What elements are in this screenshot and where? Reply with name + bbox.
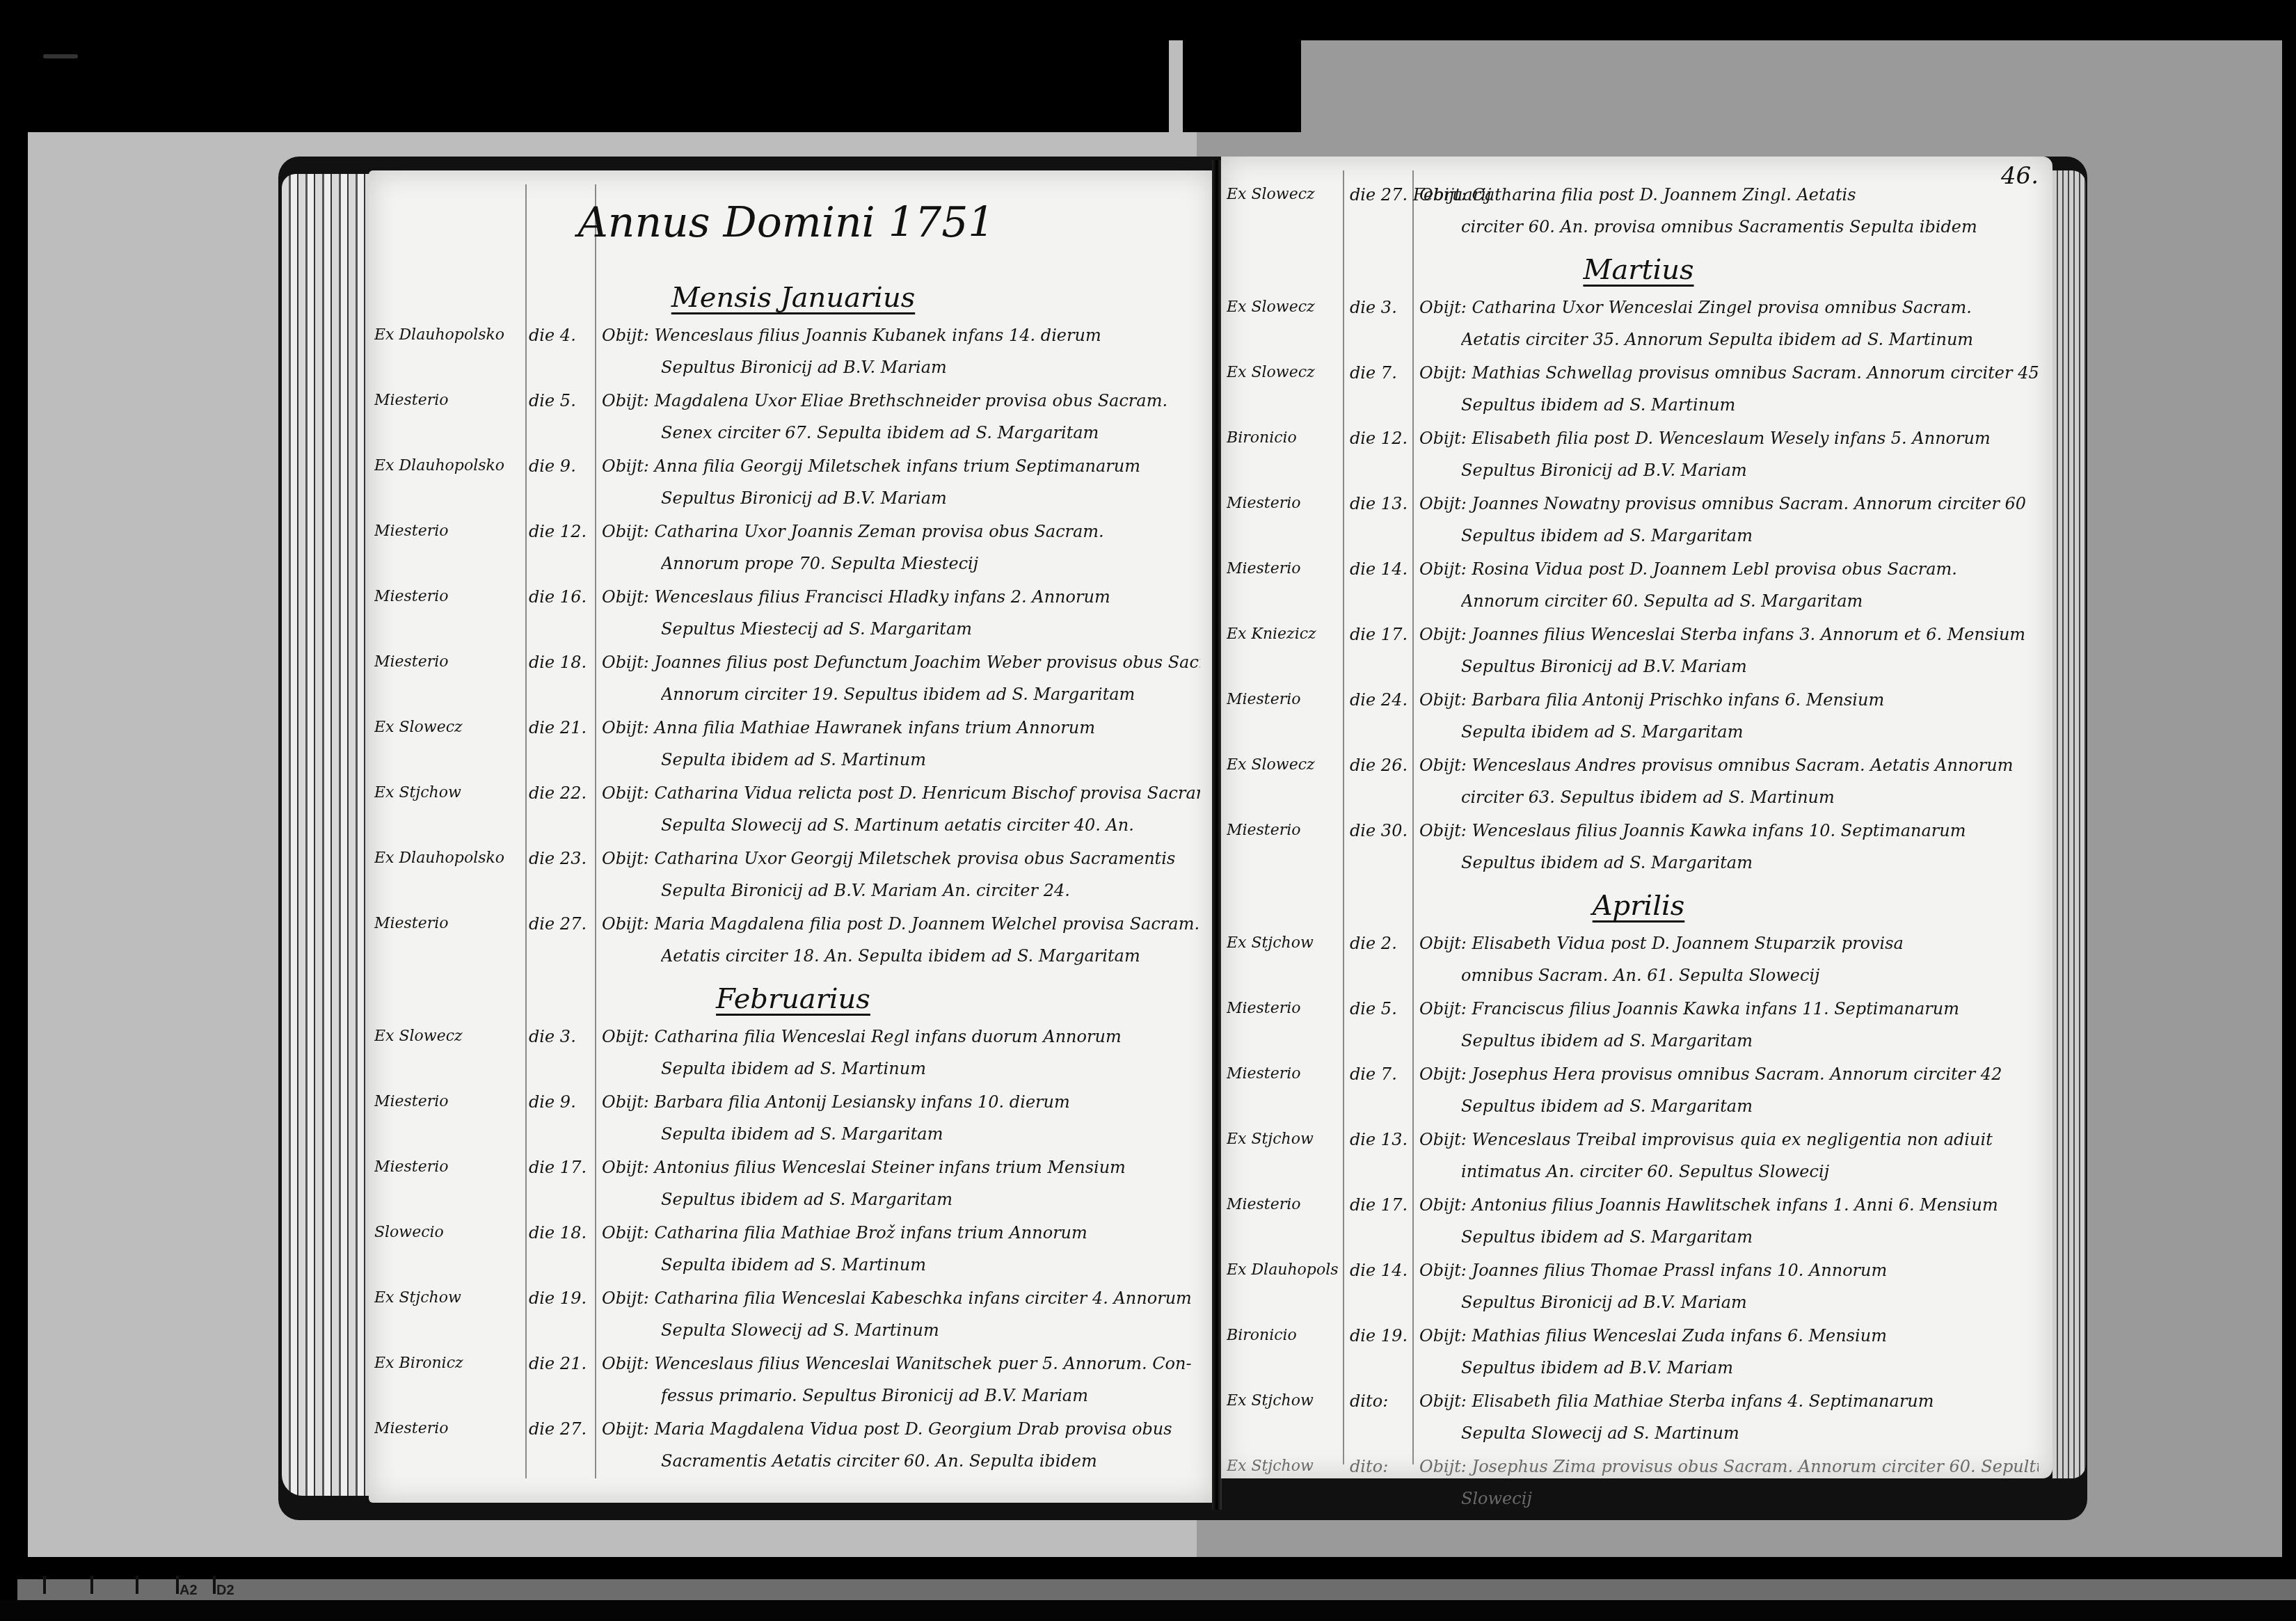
entry-place: Ex Slowecz <box>1227 362 1338 383</box>
entry-text-continuation: Sepulta Bironicij ad B.V. Mariam An. cir… <box>661 880 1204 901</box>
entry-place: Ex Slowecz <box>1227 184 1338 205</box>
entry-text-continuation: Sepultus Bironicij ad B.V. Mariam <box>661 357 1204 378</box>
entry-date: die 21. <box>529 717 598 738</box>
entry-text-line: Obijt: Mathias filius Wenceslai Zuda inf… <box>1419 1325 2039 1346</box>
entry-place: Ex Dlauhopolsko <box>374 456 513 477</box>
entry-text-continuation: Sepultus ibidem ad S. Martinum <box>1461 394 2039 415</box>
entry-place: Ex Bironicz <box>374 1353 513 1374</box>
scanner-shadow-top <box>28 0 1169 132</box>
entry-place: Ex Kniezicz <box>1227 624 1338 645</box>
entry-text-line: Obijt: Catharina filia Mathiae Brož infa… <box>602 1222 1200 1243</box>
entry-text-line: Obijt: Elisabeth filia post D. Wenceslau… <box>1419 428 2039 449</box>
entry-text-line: Obijt: Anna filia Mathiae Hawranek infan… <box>602 717 1200 738</box>
entry-date: die 24. <box>1350 689 1419 710</box>
entry-date: die 27. <box>529 913 598 934</box>
entry-text-line: Obijt: Joannes Nowatny provisus omnibus … <box>1419 493 2039 514</box>
entry-date: die 16. <box>529 586 598 607</box>
entry-date: die 23. <box>529 848 598 869</box>
register-entry: Miesteriodie 30.Obijt: Wenceslaus filius… <box>1221 820 2052 884</box>
entry-text-line: Obijt: Joannes filius post Defunctum Joa… <box>602 652 1200 673</box>
month-heading: Februarius <box>619 983 967 1015</box>
entry-place: Ex Slowecz <box>374 717 513 738</box>
entry-place: Ex Dlauhopolsko <box>374 325 513 346</box>
month-heading: Martius <box>1465 254 1812 286</box>
entry-text-line: Obijt: Wenceslaus filius Joannis Kubanek… <box>602 325 1200 346</box>
entry-date: die 27. Februarij <box>1350 184 1419 205</box>
register-entry: Ex Sloweczdie 7.Obijt: Mathias Schwellag… <box>1221 362 2052 426</box>
entry-place: Miesterio <box>374 1157 513 1178</box>
entry-date: die 13. <box>1350 493 1419 514</box>
entry-text-line: Obijt: Anna filia Georgij Miletschek inf… <box>602 456 1200 477</box>
left-page: Annus Domini 1751 Mensis JanuariusEx Dla… <box>369 170 1214 1503</box>
entry-text-continuation: Sepultus Bironicij ad B.V. Mariam <box>1461 460 2039 481</box>
entry-text-line: Obijt: Elisabeth filia Mathiae Sterba in… <box>1419 1391 2039 1412</box>
register-entry: Miesteriodie 9.Obijt: Barbara filia Anto… <box>369 1092 1214 1156</box>
entry-text-continuation: Sepulta ibidem ad S. Margaritam <box>661 1124 1204 1144</box>
entry-text-continuation: Sepulta ibidem ad S. Martinum <box>661 1254 1204 1275</box>
register-entry: Miesteriodie 12.Obijt: Catharina Uxor Jo… <box>369 521 1214 585</box>
register-entry: Miesteriodie 14.Obijt: Rosina Vidua post… <box>1221 559 2052 623</box>
entry-text-continuation: Aetatis circiter 35. Annorum Sepulta ibi… <box>1461 329 2039 350</box>
entry-text-continuation: Sepulta Slowecij ad S. Martinum <box>661 1320 1204 1341</box>
entry-text-continuation: Sepultus ibidem ad S. Margaritam <box>1461 852 2039 873</box>
entry-text-line: Obijt: Josephus Zima provisus obus Sacra… <box>1419 1456 2039 1477</box>
entry-place: Miesterio <box>374 521 513 542</box>
film-corner-mark <box>43 54 78 58</box>
entry-text-line: Obijt: Wenceslaus filius Wenceslai Wanit… <box>602 1353 1200 1374</box>
register-entry: Ex Bironiczdie 21.Obijt: Wenceslaus fili… <box>369 1353 1214 1417</box>
entry-date: die 14. <box>1350 559 1419 580</box>
entry-place: Miesterio <box>1227 559 1338 580</box>
entry-text-line: Obijt: Catharina Uxor Wenceslai Zingel p… <box>1419 297 2039 318</box>
register-entry: Ex Sloweczdie 21.Obijt: Anna filia Mathi… <box>369 717 1214 781</box>
entry-place: Miesterio <box>374 586 513 607</box>
entry-date: die 27. <box>529 1419 598 1439</box>
entry-date: die 18. <box>529 1222 598 1243</box>
entry-date: die 21. <box>529 1353 598 1374</box>
entry-text-continuation: Sepultus Miestecij ad S. Margaritam <box>661 618 1204 639</box>
entry-text-continuation: Senex circiter 67. Sepulta ibidem ad S. … <box>661 422 1204 443</box>
month-heading: Mensis Januarius <box>619 282 967 314</box>
register-entry: Ex Sloweczdie 3.Obijt: Catharina filia W… <box>369 1026 1214 1090</box>
entry-text-continuation: circiter 63. Sepultus ibidem ad S. Marti… <box>1461 787 2039 808</box>
entry-date: die 19. <box>1350 1325 1419 1346</box>
register-entry: Miesteriodie 27.Obijt: Maria Magdalena f… <box>369 913 1214 977</box>
entry-date: die 30. <box>1350 820 1419 841</box>
entry-place: Ex Stjchow <box>374 783 513 804</box>
register-entry: Miesteriodie 27.Obijt: Maria Magdalena V… <box>369 1419 1214 1483</box>
entry-date: die 19. <box>529 1288 598 1309</box>
entry-text-continuation: Sacramentis Aetatis circiter 60. An. Sep… <box>661 1451 1204 1471</box>
register-entry: Ex Dlauhopolskodie 14.Obijt: Joannes fil… <box>1221 1260 2052 1324</box>
entry-text-continuation: omnibus Sacram. An. 61. Sepulta Slowecij <box>1461 965 2039 986</box>
entry-place: Miesterio <box>374 1092 513 1112</box>
entry-place: Miesterio <box>1227 820 1338 841</box>
register-entry: Bironiciodie 12.Obijt: Elisabeth filia p… <box>1221 428 2052 492</box>
register-entry: Miesteriodie 7.Obijt: Josephus Hera prov… <box>1221 1064 2052 1128</box>
entry-date: die 4. <box>529 325 598 346</box>
entry-date: die 9. <box>529 456 598 477</box>
film-tick <box>176 1576 179 1594</box>
entry-text-line: Obijt: Mathias Schwellag provisus omnibu… <box>1419 362 2039 383</box>
register-entry: Bironiciodie 19.Obijt: Mathias filius We… <box>1221 1325 2052 1389</box>
entry-text-line: Obijt: Joannes filius Wenceslai Sterba i… <box>1419 624 2039 645</box>
entry-place: Ex Stjchow <box>1227 933 1338 954</box>
entry-text-continuation: Sepultus Bironicij ad B.V. Mariam <box>1461 1292 2039 1313</box>
entry-text-line: Obijt: Elisabeth Vidua post D. Joannem S… <box>1419 933 2039 954</box>
entry-text-continuation: Sepultus ibidem ad S. Margaritam <box>1461 1227 2039 1247</box>
entry-date: die 2. <box>1350 933 1419 954</box>
entry-text-line: Obijt: Wenceslaus Treibal improvisus qui… <box>1419 1129 2039 1150</box>
film-edge <box>0 1600 2296 1621</box>
register-entry: Miesteriodie 13.Obijt: Joannes Nowatny p… <box>1221 493 2052 557</box>
register-entry: Ex Stjchowdie 13.Obijt: Wenceslaus Treib… <box>1221 1129 2052 1193</box>
month-heading: Aprilis <box>1465 890 1812 922</box>
entry-text-line: Obijt: Franciscus filius Joannis Kawka i… <box>1419 998 2039 1019</box>
entry-date: die 3. <box>529 1026 598 1047</box>
film-tick <box>43 1576 46 1594</box>
film-strip <box>17 1579 2296 1600</box>
entry-text-line: Obijt: Josephus Hera provisus omnibus Sa… <box>1419 1064 2039 1085</box>
entry-text-line: Obijt: Wenceslaus Andres provisus omnibu… <box>1419 755 2039 776</box>
register-entry: Ex Stjchowdito:Obijt: Josephus Zima prov… <box>1221 1456 2052 1520</box>
entry-text-line: Obijt: Maria Magdalena Vidua post D. Geo… <box>602 1419 1200 1439</box>
entry-date: die 22. <box>529 783 598 804</box>
register-entry: Miesteriodie 17.Obijt: Antonius filius J… <box>1221 1195 2052 1259</box>
register-entry: Ex Sloweczdie 27. FebruarijObijt: Cathar… <box>1221 184 2052 248</box>
entry-place: Ex Slowecz <box>1227 297 1338 318</box>
register-entry: Miesteriodie 5.Obijt: Franciscus filius … <box>1221 998 2052 1062</box>
entry-text-continuation: circiter 60. An. provisa omnibus Sacrame… <box>1461 216 2039 237</box>
entry-text-line: Obijt: Catharina filia Wenceslai Regl in… <box>602 1026 1200 1047</box>
book-gutter <box>1212 160 1222 1510</box>
entry-place: Ex Stjchow <box>374 1288 513 1309</box>
register-entry: Miesteriodie 16.Obijt: Wenceslaus filius… <box>369 586 1214 650</box>
register-entry: Sloweciodie 18.Obijt: Catharina filia Ma… <box>369 1222 1214 1286</box>
entry-date: die 7. <box>1350 362 1419 383</box>
register-entry: Ex Knieziczdie 17.Obijt: Joannes filius … <box>1221 624 2052 688</box>
entry-text-line: Obijt: Magdalena Uxor Eliae Brethschneid… <box>602 390 1200 411</box>
film-label-d2: D2 <box>216 1583 234 1599</box>
entry-text-continuation: Sepulta ibidem ad S. Martinum <box>661 1058 1204 1079</box>
entry-text-continuation: Annorum circiter 60. Sepulta ad S. Marga… <box>1461 591 2039 612</box>
entry-text-continuation: Sepultus Bironicij ad B.V. Mariam <box>1461 656 2039 677</box>
entry-date: dito: <box>1350 1391 1419 1412</box>
entry-text-line: Obijt: Rosina Vidua post D. Joannem Lebl… <box>1419 559 2039 580</box>
entry-date: die 13. <box>1350 1129 1419 1150</box>
entry-place: Miesterio <box>374 1419 513 1439</box>
entry-place: Ex Stjchow <box>1227 1391 1338 1412</box>
entry-place: Ex Slowecz <box>1227 755 1338 776</box>
entry-date: die 3. <box>1350 297 1419 318</box>
entry-place: Ex Stjchow <box>1227 1456 1338 1477</box>
entry-place: Ex Slowecz <box>374 1026 513 1047</box>
entry-text-line: Obijt: Barbara filia Antonij Prischko in… <box>1419 689 2039 710</box>
entry-text-continuation: Sepulta Slowecij ad S. Martinum <box>1461 1423 2039 1444</box>
entry-text-continuation: Sepulta ibidem ad S. Martinum <box>661 749 1204 770</box>
entry-text-continuation: Sepultus ibidem ad B.V. Mariam <box>1461 1357 2039 1378</box>
entry-place: Miesterio <box>1227 1195 1338 1215</box>
entry-place: Miesterio <box>1227 689 1338 710</box>
entry-text-continuation: Sepultus Bironicij ad B.V. Mariam <box>661 488 1204 509</box>
entry-text-line: Obijt: Catharina Uxor Georgij Miletschek… <box>602 848 1200 869</box>
entry-text-line: Obijt: Maria Magdalena filia post D. Joa… <box>602 913 1200 934</box>
entry-date: die 17. <box>1350 1195 1419 1215</box>
entry-place: Miesterio <box>374 390 513 411</box>
entry-date: die 17. <box>1350 624 1419 645</box>
film-tick <box>136 1576 138 1594</box>
register-entry: Miesteriodie 17.Obijt: Antonius filius W… <box>369 1157 1214 1221</box>
register-entry: Ex Stjchowdie 2.Obijt: Elisabeth Vidua p… <box>1221 933 2052 997</box>
register-entry: Ex Stjchowdie 19.Obijt: Catharina filia … <box>369 1288 1214 1352</box>
entry-text-continuation: Slowecij <box>1461 1488 2039 1509</box>
entry-place: Slowecio <box>374 1222 513 1243</box>
film-label-a2: A2 <box>180 1583 198 1599</box>
entry-place: Ex Dlauhopolsko <box>374 848 513 869</box>
entry-text-continuation: Sepulta Slowecij ad S. Martinum aetatis … <box>661 815 1204 836</box>
register-entry: Miesteriodie 24.Obijt: Barbara filia Ant… <box>1221 689 2052 753</box>
register-entry: Ex Dlauhopolskodie 23.Obijt: Catharina U… <box>369 848 1214 912</box>
entry-place: Miesterio <box>374 913 513 934</box>
entry-place: Miesterio <box>1227 1064 1338 1085</box>
film-tick <box>213 1576 216 1594</box>
entry-text-line: Obijt: Catharina filia Wenceslai Kabesch… <box>602 1288 1200 1309</box>
entry-date: die 7. <box>1350 1064 1419 1085</box>
entry-text-line: Obijt: Antonius filius Joannis Hawlitsch… <box>1419 1195 2039 1215</box>
right-page: 46. Ex Sloweczdie 27. FebruarijObijt: Ca… <box>1221 157 2052 1478</box>
entry-date: die 18. <box>529 652 598 673</box>
entry-text-continuation: Sepultus ibidem ad S. Margaritam <box>1461 525 2039 546</box>
entry-date: die 12. <box>529 521 598 542</box>
entry-text-continuation: Sepultus ibidem ad S. Margaritam <box>1461 1096 2039 1117</box>
entry-text-continuation: Sepultus ibidem ad S. Margaritam <box>661 1189 1204 1210</box>
register-entry: Miesteriodie 5.Obijt: Magdalena Uxor Eli… <box>369 390 1214 454</box>
entry-date: dito: <box>1350 1456 1419 1477</box>
entry-text-line: Obijt: Wenceslaus filius Joannis Kawka i… <box>1419 820 2039 841</box>
entry-place: Ex Stjchow <box>1227 1129 1338 1150</box>
register-entry: Ex Dlauhopolskodie 4.Obijt: Wenceslaus f… <box>369 325 1214 389</box>
entry-place: Miesterio <box>1227 998 1338 1019</box>
entry-date: die 12. <box>1350 428 1419 449</box>
entry-date: die 5. <box>529 390 598 411</box>
entry-text-line: Obijt: Catharina Uxor Joannis Zeman prov… <box>602 521 1200 542</box>
register-entry: Ex Dlauhopolskodie 9.Obijt: Anna filia G… <box>369 456 1214 520</box>
year-title: Annus Domini 1751 <box>543 198 1030 247</box>
entry-text-line: Obijt: Catharina filia post D. Joannem Z… <box>1419 184 2039 205</box>
entry-text-line: Obijt: Catharina Vidua relicta post D. H… <box>602 783 1200 804</box>
entry-text-line: Obijt: Joannes filius Thomae Prassl infa… <box>1419 1260 2039 1281</box>
entry-place: Bironicio <box>1227 1325 1338 1346</box>
register-entry: Ex Sloweczdie 3.Obijt: Catharina Uxor We… <box>1221 297 2052 361</box>
entry-text-continuation: Sepultus ibidem ad S. Margaritam <box>1461 1030 2039 1051</box>
entry-text-continuation: Annorum prope 70. Sepulta Miestecij <box>661 553 1204 574</box>
entry-place: Miesterio <box>374 652 513 673</box>
entry-text-continuation: Annorum circiter 19. Sepultus ibidem ad … <box>661 684 1204 705</box>
register-entry: Ex Sloweczdie 26.Obijt: Wenceslaus Andre… <box>1221 755 2052 819</box>
entry-date: die 17. <box>529 1157 598 1178</box>
entry-text-line: Obijt: Barbara filia Antonij Lesiansky i… <box>602 1092 1200 1112</box>
film-tick <box>90 1576 93 1594</box>
entry-date: die 9. <box>529 1092 598 1112</box>
entry-date: die 14. <box>1350 1260 1419 1281</box>
register-entry: Ex Stjchowdito:Obijt: Elisabeth filia Ma… <box>1221 1391 2052 1455</box>
entry-text-continuation: intimatus An. circiter 60. Sepultus Slow… <box>1461 1161 2039 1182</box>
entry-place: Miesterio <box>1227 493 1338 514</box>
entry-text-continuation: Aetatis circiter 18. An. Sepulta ibidem … <box>661 945 1204 966</box>
page-edges-right <box>2052 170 2086 1478</box>
entry-place: Bironicio <box>1227 428 1338 449</box>
register-entry: Miesteriodie 18.Obijt: Joannes filius po… <box>369 652 1214 716</box>
scanner-shadow-top-center <box>1183 0 1301 132</box>
entry-date: die 26. <box>1350 755 1419 776</box>
entry-place: Ex Dlauhopolsko <box>1227 1260 1338 1281</box>
entry-text-continuation: Sepulta ibidem ad S. Margaritam <box>1461 721 2039 742</box>
entry-text-line: Obijt: Antonius filius Wenceslai Steiner… <box>602 1157 1200 1178</box>
entry-date: die 5. <box>1350 998 1419 1019</box>
register-entry: Ex Stjchowdie 22.Obijt: Catharina Vidua … <box>369 783 1214 847</box>
entry-text-line: Obijt: Wenceslaus filius Francisci Hladk… <box>602 586 1200 607</box>
entry-text-continuation: fessus primario. Sepultus Bironicij ad B… <box>661 1385 1204 1406</box>
